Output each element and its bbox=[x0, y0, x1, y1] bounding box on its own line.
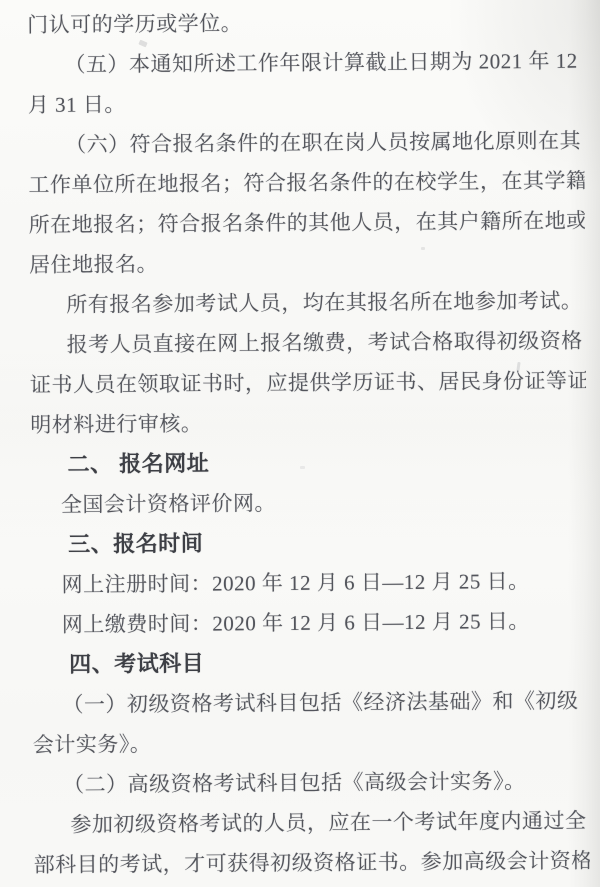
text-line: （五）本通知所述工作年限计算截止日期为 2021 年 12 bbox=[27, 41, 583, 85]
text-line: 报考人员直接在网上报名缴费，考试合格取得初级资格 bbox=[30, 321, 586, 365]
text-line: 月 31 日。 bbox=[28, 81, 584, 125]
text-line: （一）初级资格考试科目包括《经济法基础》和《初级 bbox=[32, 681, 588, 725]
text-line: 证书人员在领取证书时，应提供学历证书、居民身份证等证 bbox=[30, 361, 586, 405]
text-line: 居住地报名。 bbox=[29, 241, 585, 285]
text-line: 部科目的考试，才可获得初级资格证书。参加高级会计资格 bbox=[34, 841, 590, 885]
text-line: （六）符合报名条件的在职在岗人员按属地化原则在其 bbox=[28, 121, 584, 165]
section-heading: 三、报名时间 bbox=[31, 521, 587, 565]
text-line: 明材料进行审核。 bbox=[30, 401, 586, 445]
text-line: 参加初级资格考试的人员，应在一个考试年度内通过全 bbox=[33, 801, 589, 845]
section-heading: 二、 报名网址 bbox=[30, 441, 586, 485]
text-line: 门认可的学历或学位。 bbox=[27, 1, 583, 45]
text-line: 全国会计资格评价网。 bbox=[31, 481, 587, 525]
scanned-document-page: 门认可的学历或学位。（五）本通知所述工作年限计算截止日期为 2021 年 12月… bbox=[0, 0, 600, 887]
document-text-block: 门认可的学历或学位。（五）本通知所述工作年限计算截止日期为 2021 年 12月… bbox=[27, 1, 590, 885]
text-line: （二）高级资格考试科目包括《高级会计实务》。 bbox=[33, 761, 589, 805]
text-line: 工作单位所在地报名；符合报名条件的在校学生，在其学籍 bbox=[28, 161, 584, 205]
text-line: 所在地报名；符合报名条件的其他人员，在其户籍所在地或 bbox=[29, 201, 585, 245]
text-line: 网上缴费时间：2020 年 12 月 6 日—12 月 25 日。 bbox=[32, 601, 588, 645]
section-heading: 四、考试科目 bbox=[32, 641, 588, 685]
text-line: 所有报名参加考试人员，均在其报名所在地参加考试。 bbox=[29, 281, 585, 325]
text-line: 会计实务》。 bbox=[33, 721, 589, 765]
text-line: 网上注册时间：2020 年 12 月 6 日—12 月 25 日。 bbox=[31, 561, 587, 605]
